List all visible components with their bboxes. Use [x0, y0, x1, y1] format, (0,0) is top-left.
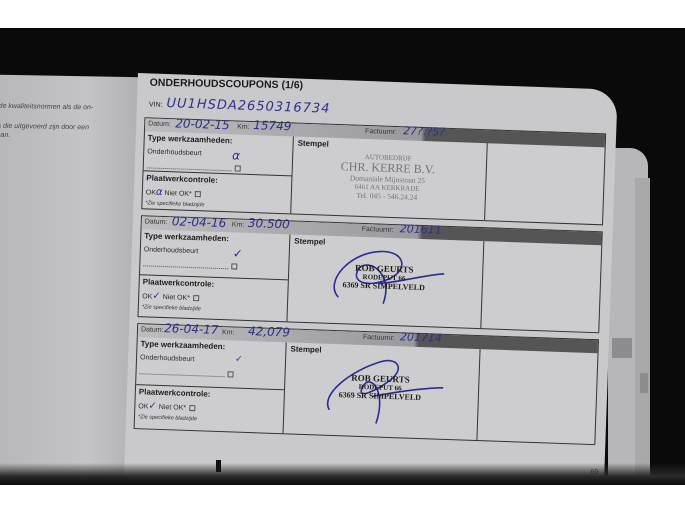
vin-row: VIN: UU1HSDA2650316734: [149, 95, 331, 116]
plaatwerkcontrole-label: Plaatwerkcontrole:: [146, 173, 288, 187]
dealer-stamp: AUTOBEDRIJF CHR. KERRE B.V. Domaniale Mi…: [312, 151, 464, 203]
checkbox[interactable]: [235, 165, 241, 171]
onderhoudsbeurt-label: Onderhoudsbeurt: [140, 354, 282, 366]
left-page-line: dezelfde kwaliteitsnormen als de on-: [0, 102, 93, 111]
ok-label: OK: [138, 403, 148, 410]
ok-label: OK: [146, 189, 156, 196]
km-value: 30.500: [248, 216, 290, 231]
right-page: ONDERHOUDSCOUPONS (1/6) VIN: UU1HSDA2650…: [123, 73, 617, 485]
datum-label: Datum:: [145, 218, 168, 226]
footnote: *Zie specifieke bladzijde: [138, 414, 280, 425]
onderhoud-mark: ✓: [235, 355, 243, 365]
km-label: Km:: [237, 123, 250, 130]
empty-cell: [485, 143, 605, 224]
datum-value: 02-04-16: [172, 214, 227, 230]
type-werkzaamheden-label: Type werkzaamheden:: [140, 339, 282, 353]
left-page-line: araties die uitgevoerd zijn door een: [0, 122, 89, 131]
type-werkzaamheden-label: Type werkzaamheden:: [148, 133, 290, 147]
binding-clip: [216, 460, 221, 472]
datum-label: Datum:: [141, 326, 164, 334]
empty-cell: [477, 349, 597, 444]
onderhoudsbeurt-label: Onderhoudsbeurt: [147, 148, 289, 160]
index-tab: [640, 373, 648, 393]
factuurnr-value: 27?.?5?: [403, 124, 445, 138]
dealer-stamp: ROB GEURTS RODEPUT 66 6369 SR SIMPELVELD: [319, 261, 450, 293]
coupon-3: Datum: 26-04-17 Km: 42,079 Factuurnr: 20…: [134, 323, 599, 445]
coupon-2: Datum: 02-04-16 Km: 30.500 Factuurnr: 20…: [137, 215, 602, 333]
type-werkzaamheden-label: Type werkzaamheden:: [144, 231, 286, 245]
photo-background: dezelfde kwaliteitsnormen als de on- ara…: [0, 28, 685, 485]
niet-ok-label: Niet OK*: [163, 294, 190, 302]
factuurnr-value: 201611: [399, 222, 441, 236]
checkbox[interactable]: [189, 405, 195, 411]
checkbox[interactable]: [193, 295, 199, 301]
km-value: 42,079: [248, 324, 290, 339]
factuurnr-label: Factuurnr:: [365, 128, 397, 136]
coupon-1: Datum: 20-02-15 Km: 15749 Factuurnr: 27?…: [141, 117, 606, 225]
dotted-line: [147, 159, 232, 171]
vin-label: VIN:: [149, 101, 163, 108]
dotted-line: [139, 365, 224, 377]
checkbox[interactable]: [231, 263, 237, 269]
onderhoud-mark: ✓: [233, 246, 244, 260]
index-tab: [612, 338, 632, 358]
niet-ok-label: Niet OK*: [164, 190, 191, 198]
factuurnr-label: Factuurnr:: [363, 334, 395, 342]
km-label: Km:: [222, 329, 235, 336]
factuurnr-value: 201714: [400, 330, 442, 344]
plaatwerkcontrole-label: Plaatwerkcontrole:: [139, 387, 281, 401]
page-title: ONDERHOUDSCOUPONS (1/6): [150, 77, 304, 92]
km-value: 15749: [253, 118, 292, 133]
checkbox[interactable]: [195, 191, 201, 197]
factuurnr-label: Factuurnr:: [362, 226, 394, 234]
bottom-shadow: [0, 463, 685, 485]
ok-mark: ✓: [152, 290, 161, 301]
dotted-line: [143, 257, 228, 269]
footnote: *Zie specifieke bladzijde: [142, 304, 284, 315]
plaatwerkcontrole-label: Plaatwerkcontrole:: [143, 277, 285, 291]
onderhoud-mark: α: [232, 148, 240, 162]
datum-label: Datum:: [148, 120, 171, 128]
ok-mark: α: [156, 187, 163, 198]
datum-value: 26-04-17: [164, 321, 219, 337]
empty-cell: [481, 241, 601, 332]
ok-mark: ✓: [148, 401, 157, 412]
niet-ok-label: Niet OK*: [159, 404, 186, 412]
checkbox[interactable]: [227, 371, 233, 377]
footnote: *Zie specifieke bladzijde: [145, 200, 287, 211]
ok-label: OK: [142, 293, 152, 300]
dealer-stamp: ROB GEURTS RODEPUT 66 6369 SR SIMPELVELD: [315, 371, 446, 403]
onderhoudsbeurt-label: Onderhoudsbeurt: [144, 246, 286, 258]
vin-value: UU1HSDA2650316734: [166, 96, 330, 117]
datum-value: 20-02-15: [175, 116, 230, 132]
km-label: Km:: [232, 221, 245, 228]
left-page-line: cht staan.: [0, 131, 10, 139]
page-edge: [635, 178, 650, 485]
